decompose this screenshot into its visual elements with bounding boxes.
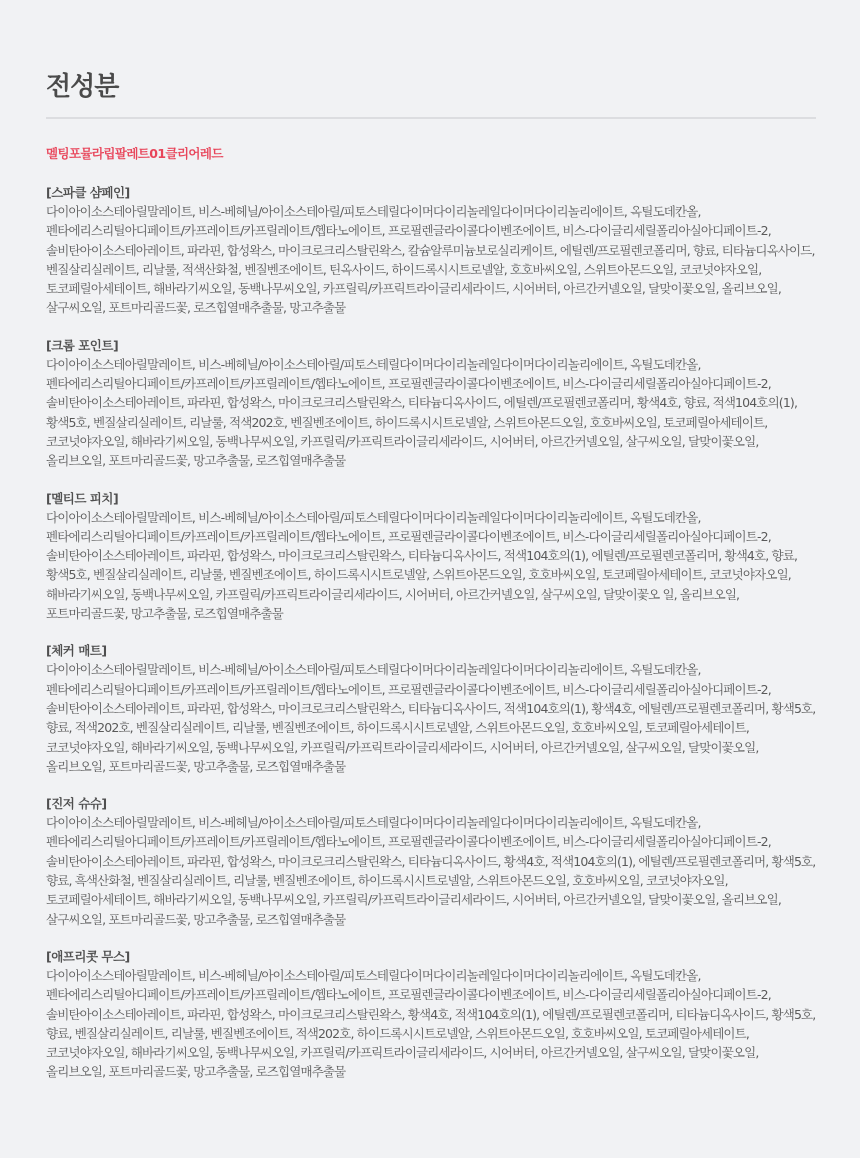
shade-section-chrome-point: [크롬 포인트] 다이아이소스테아릴말레이트, 비스-베헤닐/아이소스테아릴/피… bbox=[46, 336, 816, 471]
ingredient-list: 다이아이소스테아릴말레이트, 비스-베헤닐/아이소스테아릴/피토스테릴다이머다이… bbox=[46, 813, 818, 929]
shade-section-melted-peach: [멜티드 피치] 다이아이소스테아릴말레이트, 비스-베헤닐/아이소스테아릴/피… bbox=[46, 489, 816, 624]
ingredient-sections: [스파클 샴페인] 다이아이소스테아릴말레이트, 비스-베헤닐/아이소스테아릴/… bbox=[46, 183, 816, 1082]
product-name: 멜팅포뮬라립팔레트01클리어레드 bbox=[46, 145, 816, 163]
shade-section-sparkle-champagne: [스파클 샴페인] 다이아이소스테아릴말레이트, 비스-베헤닐/아이소스테아릴/… bbox=[46, 183, 816, 318]
ingredient-list: 다이아이소스테아릴말레이트, 비스-베헤닐/아이소스테아릴/피토스테릴다이머다이… bbox=[46, 355, 818, 471]
shade-section-ginger-chouchou: [진저 슈슈] 다이아이소스테아릴말레이트, 비스-베헤닐/아이소스테아릴/피토… bbox=[46, 794, 816, 929]
page-title: 전성분 bbox=[46, 0, 816, 106]
ingredient-list: 다이아이소스테아릴말레이트, 비스-베헤닐/아이소스테아릴/피토스테릴다이머다이… bbox=[46, 508, 818, 624]
ingredient-list: 다이아이소스테아릴말레이트, 비스-베헤닐/아이소스테아릴/피토스테릴다이머다이… bbox=[46, 202, 818, 318]
shade-section-apricot-mousse: [애프리콧 무스] 다이아이소스테아릴말레이트, 비스-베헤닐/아이소스테아릴/… bbox=[46, 947, 816, 1082]
ingredients-page: 전성분 멜팅포뮬라립팔레트01클리어레드 [스파클 샴페인] 다이아이소스테아릴… bbox=[0, 0, 860, 1082]
ingredient-list: 다이아이소스테아릴말레이트, 비스-베헤닐/아이소스테아릴/피토스테릴다이머다이… bbox=[46, 966, 818, 1082]
shade-title: [체커 매트] bbox=[46, 641, 816, 660]
shade-section-checker-matte: [체커 매트] 다이아이소스테아릴말레이트, 비스-베헤닐/아이소스테아릴/피토… bbox=[46, 641, 816, 776]
shade-title: [진저 슈슈] bbox=[46, 794, 816, 813]
shade-title: [크롬 포인트] bbox=[46, 336, 816, 355]
shade-title: [애프리콧 무스] bbox=[46, 947, 816, 966]
shade-title: [스파클 샴페인] bbox=[46, 183, 816, 202]
ingredient-list: 다이아이소스테아릴말레이트, 비스-베헤닐/아이소스테아릴/피토스테릴다이머다이… bbox=[46, 660, 818, 776]
title-divider bbox=[46, 117, 816, 119]
shade-title: [멜티드 피치] bbox=[46, 489, 816, 508]
